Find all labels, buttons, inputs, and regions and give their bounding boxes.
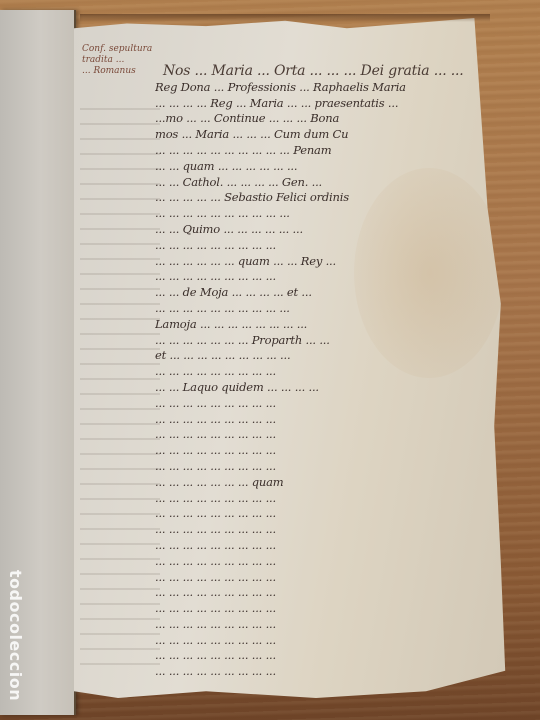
manuscript-line: et ... ... ... ... ... ... ... ... ... — [155, 348, 495, 364]
manuscript-line: ... ... ... ... ... ... ... ... ... — [155, 506, 495, 522]
manuscript-line: ... ... ... ... ... Sebastio Felici ordi… — [155, 190, 495, 206]
manuscript-line: ... ... ... ... ... ... ... ... ... — [155, 427, 495, 443]
manuscript-line: ... ... ... ... ... ... ... ... ... — [155, 491, 495, 507]
manuscript-line: ... ... ... ... ... ... ... ... ... — [155, 269, 495, 285]
manuscript-line: ...mo ... ... Continue ... ... ... Bona — [155, 111, 495, 127]
manuscript-line: ... ... quam ... ... ... ... ... ... — [155, 159, 495, 175]
manuscript-line: Nos ... Maria ... Orta ... ... ... Dei g… — [155, 64, 495, 80]
manuscript-text: Nos ... Maria ... Orta ... ... ... Dei g… — [155, 64, 495, 680]
manuscript-line: Reg Dona ... Professionis ... Raphaelis … — [155, 80, 495, 96]
manuscript-line: ... ... ... ... ... ... ... ... ... — [155, 522, 495, 538]
manuscript-line: ... ... ... ... ... ... ... ... ... ... — [155, 206, 495, 222]
manuscript-line: ... ... ... ... ... ... ... ... ... — [155, 443, 495, 459]
burnt-top-edge — [80, 14, 490, 22]
manuscript-line: ... ... ... ... ... ... ... ... ... — [155, 554, 495, 570]
manuscript-line: ... ... ... ... ... ... quam ... ... Rey… — [155, 254, 495, 270]
manuscript-line: ... ... ... ... ... ... ... ... ... — [155, 601, 495, 617]
manuscript-line: ... ... de Moja ... ... ... ... et ... — [155, 285, 495, 301]
manuscript-line: Lamoja ... ... ... ... ... ... ... ... — [155, 317, 495, 333]
manuscript-line: ... ... ... ... ... ... ... ... ... — [155, 238, 495, 254]
manuscript-line: ... ... ... ... ... ... ... ... ... — [155, 585, 495, 601]
manuscript-line: ... ... ... ... ... ... ... ... ... — [155, 617, 495, 633]
manuscript-line: ... ... ... ... ... ... ... ... ... — [155, 664, 495, 680]
manuscript-line: ... ... ... ... ... ... ... Proparth ...… — [155, 333, 495, 349]
manuscript-line: ... ... ... ... ... ... ... quam — [155, 475, 495, 491]
manuscript-line: mos ... Maria ... ... ... Cum dum Cu — [155, 127, 495, 143]
manuscript-line: ... ... ... ... ... ... ... ... ... — [155, 412, 495, 428]
manuscript-line: ... ... ... ... ... ... ... ... ... — [155, 570, 495, 586]
manuscript-line: ... ... Quimo ... ... ... ... ... ... — [155, 222, 495, 238]
ink-bleed-through — [80, 108, 160, 668]
manuscript-line: ... ... ... ... ... ... ... ... ... — [155, 459, 495, 475]
manuscript-line: ... ... ... ... ... ... ... ... ... ... … — [155, 143, 495, 159]
manuscript-line: ... ... ... ... ... ... ... ... ... — [155, 396, 495, 412]
manuscript-line: ... ... Laquo quidem ... ... ... ... — [155, 380, 495, 396]
manuscript-line: ... ... ... ... Reg ... Maria ... ... pr… — [155, 96, 495, 112]
manuscript-line: ... ... ... ... ... ... ... ... ... ... — [155, 301, 495, 317]
watermark: todocoleccion — [2, 558, 30, 713]
manuscript-line: ... ... ... ... ... ... ... ... ... — [155, 648, 495, 664]
manuscript-line: ... ... ... ... ... ... ... ... ... — [155, 538, 495, 554]
manuscript-line: ... ... ... ... ... ... ... ... ... — [155, 633, 495, 649]
manuscript-line: ... ... Cathol. ... ... ... ... Gen. ... — [155, 175, 495, 191]
left-blank-page: todocoleccion — [0, 10, 76, 715]
watermark-text: todocoleccion — [7, 570, 26, 701]
manuscript-line: ... ... ... ... ... ... ... ... ... — [155, 364, 495, 380]
